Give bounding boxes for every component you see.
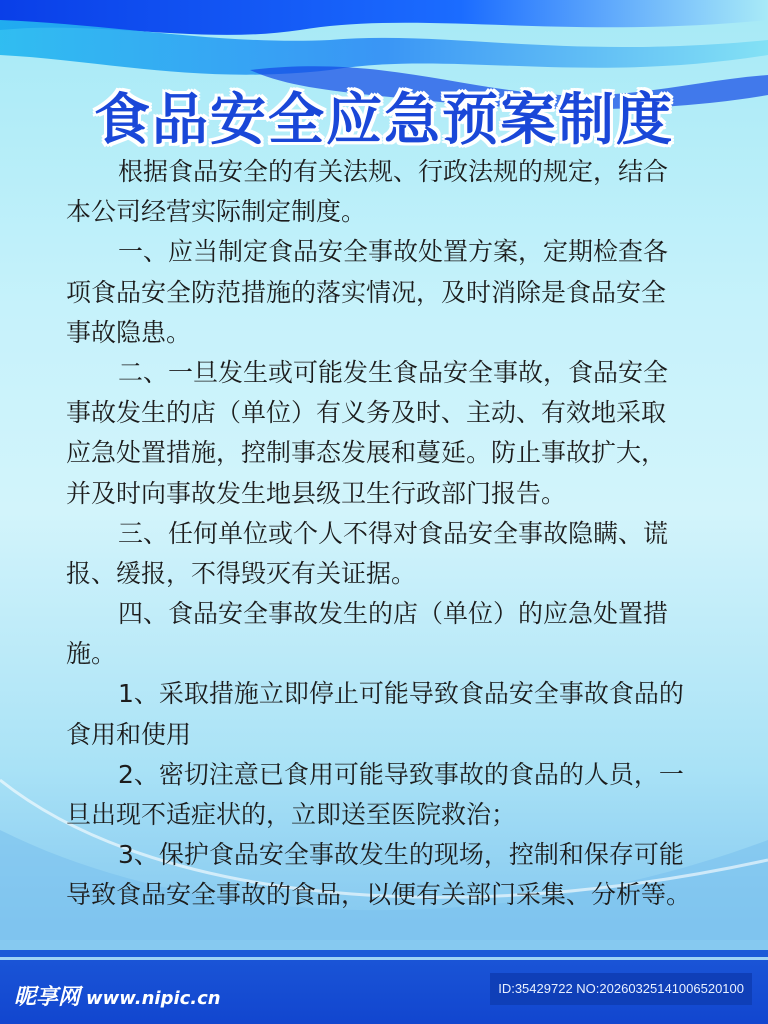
text-line: 二、一旦发生或可能发生食品安全事故，食品安全 (66, 353, 726, 393)
paragraph-intro: 根据食品安全的有关法规、行政法规的规定，结合 本公司经营实际制定制度。 (66, 152, 726, 232)
logo-url: www.nipic.cn (86, 988, 221, 1009)
text-line: 三、任何单位或个人不得对食品安全事故隐瞒、谎 (66, 514, 726, 554)
text-line: 四、食品安全事故发生的店（单位）的应急处置措 (66, 594, 726, 634)
footer-band (0, 950, 768, 957)
item-1: 1、采取措施立即停止可能导致食品安全事故食品的 食用和使用 (66, 674, 726, 754)
item-2: 2、密切注意已食用可能导致事故的食品的人员，一 旦出现不适症状的，立即送至医院救… (66, 755, 726, 835)
text-line: 一、应当制定食品安全事故处置方案，定期检查各 (66, 232, 726, 272)
text-line: 3、保护食品安全事故发生的现场，控制和保存可能 (66, 835, 726, 875)
image-id-badge: ID:35429722 NO:20260325141006520100 (490, 973, 752, 1005)
text-line: 施。 (66, 634, 726, 674)
poster-body: 根据食品安全的有关法规、行政法规的规定，结合 本公司经营实际制定制度。 一、应当… (66, 152, 726, 916)
text-line: 导致食品安全事故的食品，以便有关部门采集、分析等。 (66, 875, 726, 915)
paragraph-2: 二、一旦发生或可能发生食品安全事故，食品安全 事故发生的店（单位）有义务及时、主… (66, 353, 726, 514)
paragraph-1: 一、应当制定食品安全事故处置方案，定期检查各 项食品安全防范措施的落实情况，及时… (66, 232, 726, 353)
poster-title: 食品安全应急预案制度 (0, 76, 768, 156)
text-line: 报、缓报，不得毁灭有关证据。 (66, 554, 726, 594)
text-line: 本公司经营实际制定制度。 (66, 192, 726, 232)
text-line: 项食品安全防范措施的落实情况，及时消除是食品安全 (66, 273, 726, 313)
text-line: 1、采取措施立即停止可能导致食品安全事故食品的 (66, 674, 726, 714)
logo-text: 昵享网 (14, 985, 80, 1010)
text-line: 事故隐患。 (66, 313, 726, 353)
text-line: 旦出现不适症状的，立即送至医院救治； (66, 795, 726, 835)
footer-bar: 昵享网www.nipic.cn ID:35429722 NO:202603251… (0, 957, 768, 1024)
paragraph-4: 四、食品安全事故发生的店（单位）的应急处置措 施。 (66, 594, 726, 674)
text-line: 食用和使用 (66, 715, 726, 755)
text-line: 并及时向事故发生地县级卫生行政部门报告。 (66, 474, 726, 514)
paragraph-3: 三、任何单位或个人不得对食品安全事故隐瞒、谎 报、缓报，不得毁灭有关证据。 (66, 514, 726, 594)
watermark-logo: 昵享网www.nipic.cn (14, 980, 221, 1011)
text-line: 应急处置措施，控制事态发展和蔓延。防止事故扩大， (66, 433, 726, 473)
text-line: 2、密切注意已食用可能导致事故的食品的人员，一 (66, 755, 726, 795)
text-line: 事故发生的店（单位）有义务及时、主动、有效地采取 (66, 393, 726, 433)
text-line: 根据食品安全的有关法规、行政法规的规定，结合 (66, 152, 726, 192)
item-3: 3、保护食品安全事故发生的现场，控制和保存可能 导致食品安全事故的食品，以便有关… (66, 835, 726, 915)
